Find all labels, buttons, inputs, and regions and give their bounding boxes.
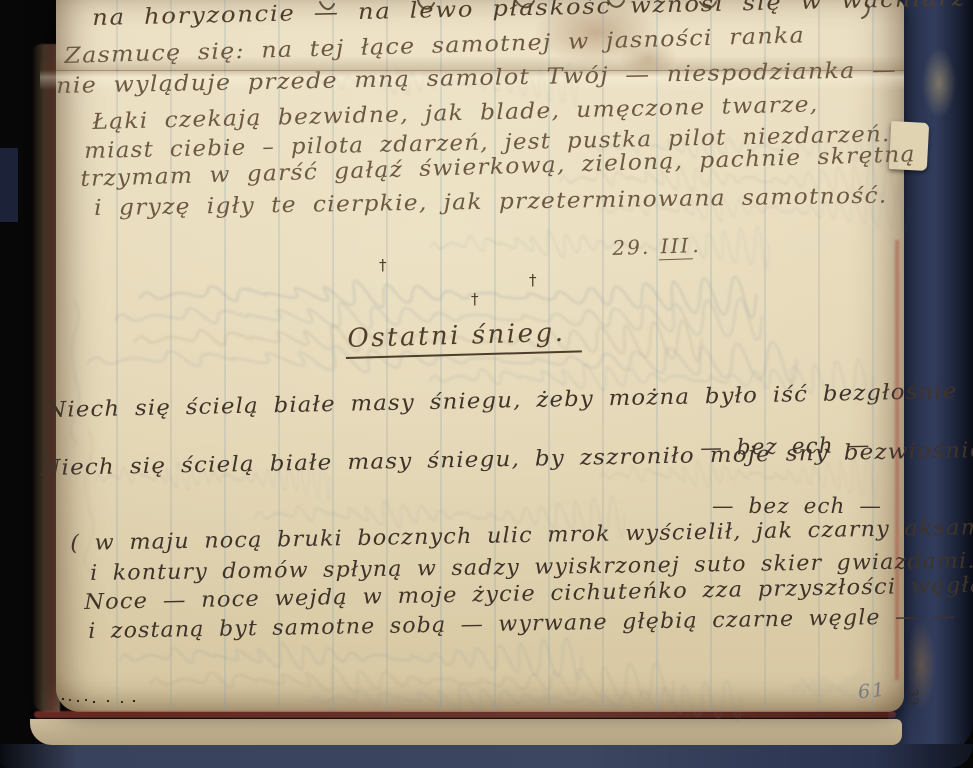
page-crease [40,56,904,90]
notebook-photo: na horyzoncie — na lewo płaskość wznosi … [0,0,973,768]
page-corner-tab [889,121,929,171]
cover-worn-patch [906,620,936,710]
red-page-edge [34,711,896,718]
notebook-cover-left [0,148,18,222]
page-block-edge [30,719,902,745]
red-page-edge-right [895,240,899,680]
cover-worn-patch [922,48,956,118]
page-crease-line [40,70,904,71]
manuscript-page [56,0,904,712]
notebook-cover-bottom [0,744,973,768]
ink-speckles [62,698,64,700]
